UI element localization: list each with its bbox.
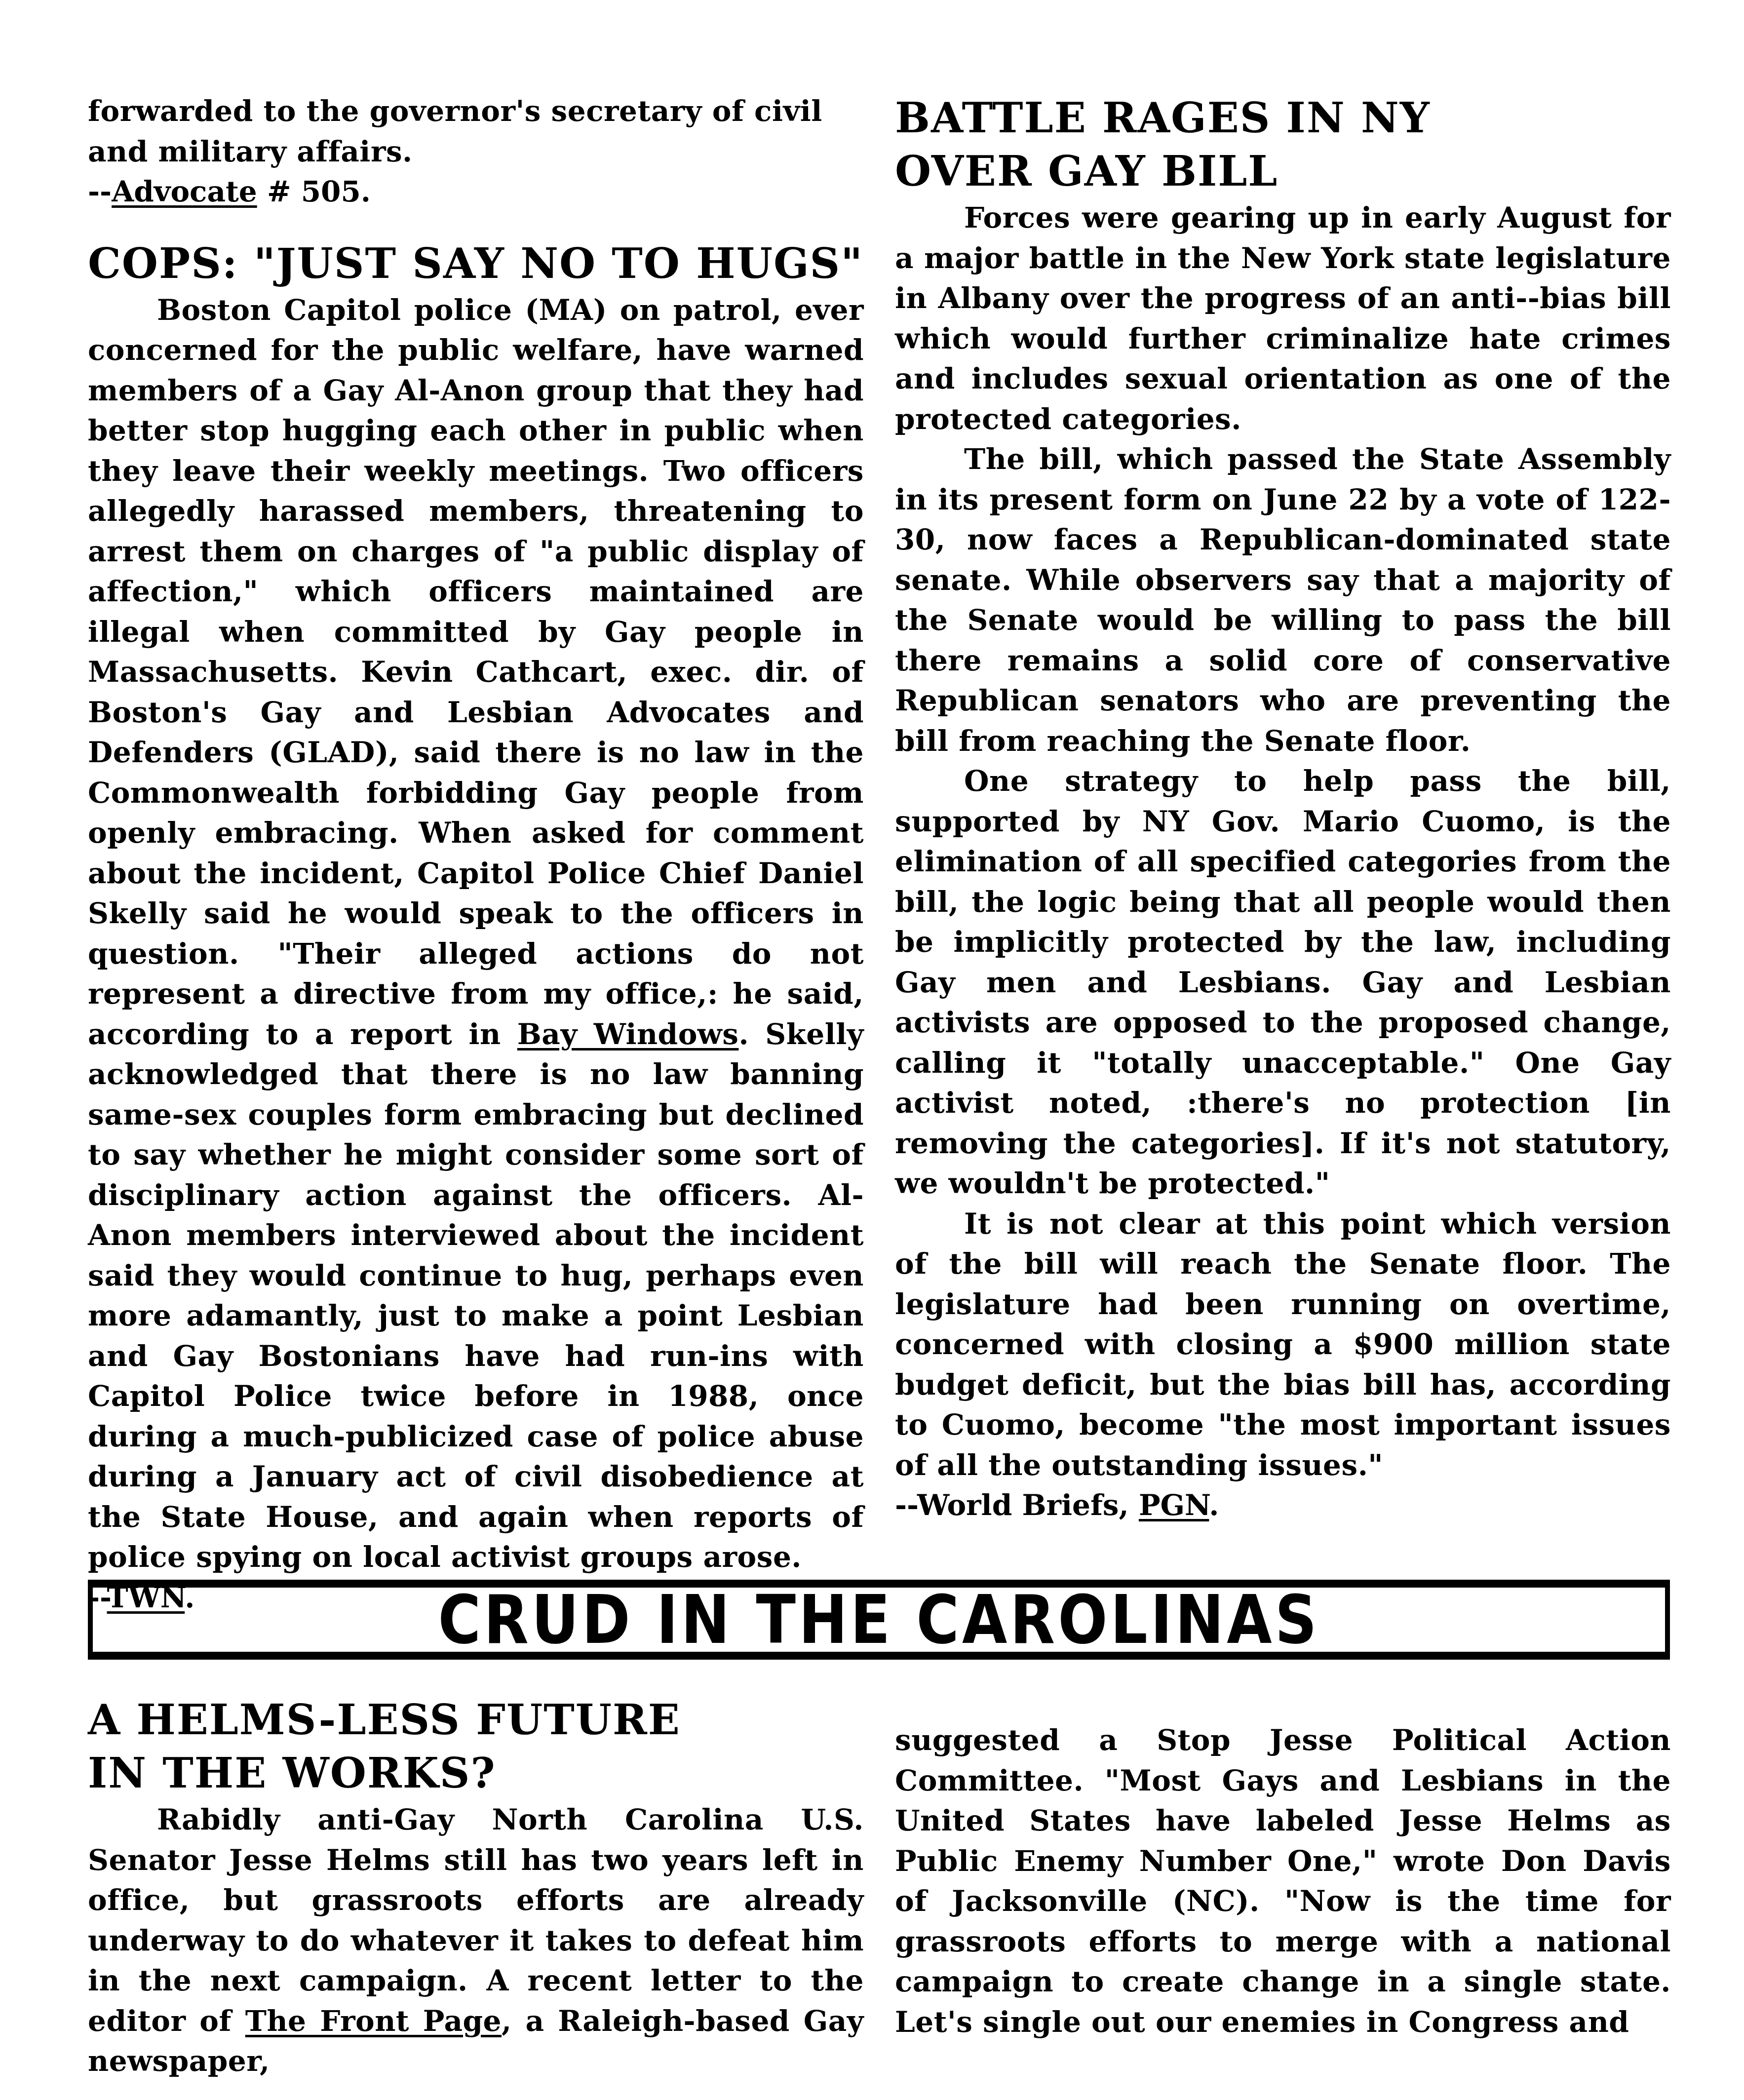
helms-article-continuation: suggested a Stop Jesse Political Action … xyxy=(895,1720,1671,2042)
section-banner: CRUD IN THE CAROLINAS xyxy=(88,1580,1670,1660)
battle-paragraph-4: It is not clear at this point which vers… xyxy=(895,1204,1671,1486)
source-pgn: PGN xyxy=(1139,1488,1209,1522)
continuation-text: forwarded to the governor's secretary of… xyxy=(88,91,864,172)
section-banner-title: CRUD IN THE CAROLINAS xyxy=(438,1581,1319,1659)
advocate-credit: --Advocate # 505. xyxy=(88,172,864,212)
helms-headline-line2: IN THE WORKS? xyxy=(88,1747,864,1800)
helms-article-body: Rabidly anti-Gay North Carolina U.S. Sen… xyxy=(88,1800,864,2082)
source-bay-windows: Bay Windows xyxy=(517,1017,739,1051)
battle-headline-line1: BATTLE RAGES IN NY xyxy=(895,91,1671,145)
bottom-left-column: A HELMS-LESS FUTURE IN THE WORKS? Rabidl… xyxy=(88,1693,864,2082)
cops-article-body: Boston Capitol police (MA) on patrol, ev… xyxy=(88,290,864,1578)
battle-headline-line2: OVER GAY BILL xyxy=(895,145,1671,198)
right-column: BATTLE RAGES IN NY OVER GAY BILL Forces … xyxy=(895,91,1671,1526)
battle-paragraph-2: The bill, which passed the State Assembl… xyxy=(895,439,1671,761)
source-front-page: The Front Page xyxy=(245,2004,502,2038)
pgn-credit: --World Briefs, PGN. xyxy=(895,1485,1671,1526)
cops-headline: COPS: "JUST SAY NO TO HUGS" xyxy=(88,237,864,290)
battle-paragraph-3: One strategy to help pass the bill, supp… xyxy=(895,761,1671,1204)
source-advocate: Advocate xyxy=(112,175,257,208)
battle-paragraph-1: Forces were gearing up in early August f… xyxy=(895,198,1671,439)
left-column: forwarded to the governor's secretary of… xyxy=(88,91,864,1618)
bottom-right-column: suggested a Stop Jesse Political Action … xyxy=(895,1720,1671,2042)
helms-headline-line1: A HELMS-LESS FUTURE xyxy=(88,1693,864,1747)
